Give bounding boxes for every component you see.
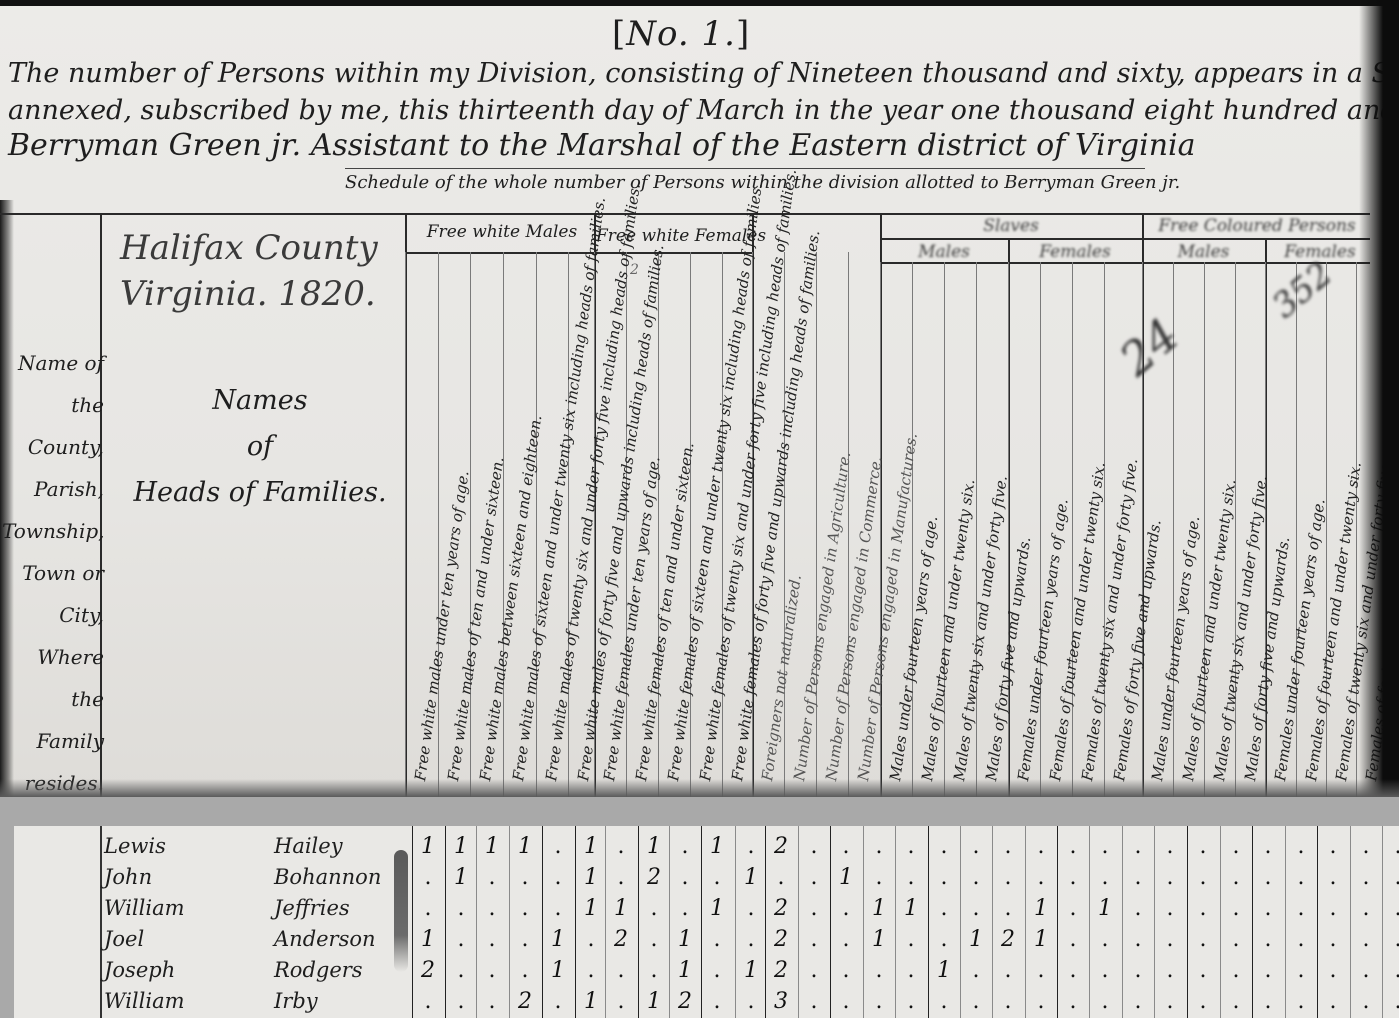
tally-cell: . [895,956,927,986]
given-name: William [104,989,185,1013]
tally-cell: 1 [701,832,733,862]
tally-cell: . [605,987,637,1017]
tally-cell: 1 [830,863,862,893]
tally-cell: . [798,987,830,1017]
tally-cell: . [638,956,670,986]
tally-cell: 1 [412,925,444,955]
tally-cell: . [412,987,444,1017]
tally-cell: . [605,956,637,986]
tally-cell: . [1252,832,1284,862]
scan-right-shadow [1359,0,1399,797]
tally-cell: . [830,832,862,862]
tally-cell: . [735,925,767,955]
tally-cell: . [542,987,574,1017]
tally-cell: . [895,925,927,955]
tally-cell: 1 [863,894,895,924]
tally-cell: . [1285,956,1317,986]
tally-cell: 1 [445,863,477,893]
tally-cell: 1 [895,894,927,924]
tally-cell: . [1252,863,1284,893]
tally-cell: . [1025,987,1057,1017]
tally-cell: 1 [863,925,895,955]
tally-cell: . [701,863,733,893]
tally-cell: . [412,863,444,893]
tally-cell: . [605,863,637,893]
tally-cell: . [830,987,862,1017]
tally-cell: 1 [542,925,574,955]
given-name: Joel [104,927,144,951]
tally-cell: 1 [928,956,960,986]
tally-cell: 2 [765,832,797,862]
tally-cell: . [1122,987,1154,1017]
tally-cell: . [1220,894,1252,924]
tally-cell: . [1317,894,1349,924]
tally-cell: . [1154,956,1186,986]
surname: Irby [274,989,318,1013]
tally-cell: . [1220,832,1252,862]
tally-cell: . [669,863,701,893]
tally-cell: . [1350,832,1382,862]
tally-cell: 1 [575,987,607,1017]
tally-cell: 1 [638,987,670,1017]
tally-cell: 1 [476,832,508,862]
tally-cell: . [928,925,960,955]
given-name: John [104,865,152,889]
tally-cell: 1 [735,956,767,986]
tally-cell: . [1285,832,1317,862]
tally-cell: 1 [701,894,733,924]
tally-cell: . [1025,832,1057,862]
tally-cell: . [1154,863,1186,893]
tally-cell: . [701,987,733,1017]
surname: Rodgers [274,958,363,982]
tally-cell: . [412,894,444,924]
tally-cell: . [798,925,830,955]
tally-cell: . [445,956,477,986]
tally-cell: . [992,956,1024,986]
tally-cell: . [735,894,767,924]
given-name: Lewis [104,834,166,858]
tally-cell: . [1187,832,1219,862]
tally-cell: 1 [412,832,444,862]
tally-cell: . [1317,832,1349,862]
tally-cell: 2 [605,925,637,955]
census-form-header-image: [No. 1.] The number of Persons within my… [0,0,1399,797]
tally-cell: . [669,832,701,862]
tally-cell: . [542,832,574,862]
tally-cell: 1 [1089,894,1121,924]
tally-cell: . [575,956,607,986]
tally-cell: . [1220,987,1252,1017]
tally-cell: 1 [575,894,607,924]
tally-cell: . [895,987,927,1017]
tally-cell: 2 [765,925,797,955]
tally-cell: . [1057,894,1089,924]
tally-cell: . [798,894,830,924]
tally-cell: . [863,987,895,1017]
tally-cell: . [669,894,701,924]
tally-cell: . [638,894,670,924]
tally-cell: . [1382,894,1399,924]
tally-cell: 1 [960,925,992,955]
census-entries-image: LewisHaileyJohnBohannonWilliamJeffriesJo… [14,826,1399,1018]
tally-cell: . [960,987,992,1017]
tally-cell: . [1025,863,1057,893]
tally-cell: . [638,925,670,955]
tally-cell: . [1122,925,1154,955]
tally-cell: . [1187,863,1219,893]
tally-cell: . [509,894,541,924]
tally-cell: . [605,832,637,862]
tally-cell: . [960,863,992,893]
tally-cell: . [928,894,960,924]
tally-cell: . [1382,987,1399,1017]
tally-cell: . [701,925,733,955]
surname: Anderson [274,927,376,951]
tally-cell: . [1220,925,1252,955]
tally-cell: . [476,863,508,893]
tally-cell: 1 [1025,894,1057,924]
tally-cell: . [1089,956,1121,986]
tally-cell: . [1122,956,1154,986]
tally-cell: 1 [605,894,637,924]
tally-cell: 1 [669,925,701,955]
tally-cell: . [476,894,508,924]
tally-cell: . [1057,832,1089,862]
tally-cell: . [1187,987,1219,1017]
tally-cell: 1 [1025,925,1057,955]
tally-cell: . [476,987,508,1017]
tally-cell: . [1382,925,1399,955]
tally-cell: . [1122,894,1154,924]
surname: Bohannon [274,865,381,889]
tally-cell: . [1382,863,1399,893]
margin-mark: 2 [630,262,639,278]
tally-cell: . [960,894,992,924]
tally-cell: . [1317,956,1349,986]
tally-cell: . [798,863,830,893]
tally-cell: . [445,894,477,924]
tally-cell: . [1285,987,1317,1017]
tally-cell: 3 [765,987,797,1017]
tally-cell: . [830,956,862,986]
tally-cell: . [1252,925,1284,955]
tally-cell: . [1154,925,1186,955]
tally-cell: . [1025,956,1057,986]
tally-cell: . [1187,894,1219,924]
tally-cell: . [1285,894,1317,924]
tally-cell: . [830,925,862,955]
tally-cell: . [1154,832,1186,862]
tally-cell: . [542,894,574,924]
tally-cell: . [960,956,992,986]
tally-cell: . [928,832,960,862]
tally-cell: 1 [638,832,670,862]
tally-cell: . [445,925,477,955]
tally-cell: . [992,987,1024,1017]
tally-cell: . [1089,925,1121,955]
tally-cell: 2 [765,894,797,924]
tally-cell: 2 [992,925,1024,955]
tally-cell: 1 [509,832,541,862]
tally-cell: 2 [765,956,797,986]
tally-cell: . [992,894,1024,924]
tally-cell: . [542,863,574,893]
given-name: William [104,896,185,920]
tally-cell: 1 [735,863,767,893]
surname: Hailey [274,834,343,858]
ink-smear [394,850,408,972]
tally-cell: 1 [575,832,607,862]
tally-cell: 1 [575,863,607,893]
tally-cell: . [1350,956,1382,986]
tally-cell: . [575,925,607,955]
tally-cell: . [1089,832,1121,862]
tally-cell: . [1252,987,1284,1017]
tally-cell: . [509,956,541,986]
tally-cell: . [895,832,927,862]
tally-cell: . [1382,956,1399,986]
tally-cell: . [509,863,541,893]
tally-cell: . [735,987,767,1017]
tally-cell: . [1220,863,1252,893]
tally-cell: . [1187,956,1219,986]
tally-cell: . [476,956,508,986]
tally-cell: . [1057,863,1089,893]
tally-cell: . [1350,894,1382,924]
tally-cell: . [701,956,733,986]
tally-cell: . [1057,925,1089,955]
tally-cell: . [1252,894,1284,924]
tally-cell: . [1057,987,1089,1017]
column-headers: Free white males under ten years of age.… [0,0,1399,790]
tally-cell: . [1089,987,1121,1017]
tally-cell: . [992,832,1024,862]
tally-cell: 1 [542,956,574,986]
tally-cell: 1 [669,956,701,986]
tally-cell: . [798,956,830,986]
tally-cell: . [1089,863,1121,893]
tally-cell: . [1317,925,1349,955]
tally-cell: . [1382,832,1399,862]
tally-cell: . [928,863,960,893]
tally-cell: . [863,863,895,893]
tally-cell: 2 [669,987,701,1017]
tally-cell: . [928,987,960,1017]
tally-cell: . [1317,987,1349,1017]
tally-cell: . [1154,894,1186,924]
tally-cell: . [509,925,541,955]
tally-cell: . [765,863,797,893]
tally-cell: . [445,987,477,1017]
tally-cell: . [1154,987,1186,1017]
tally-cell: . [1350,863,1382,893]
tally-cell: . [1350,925,1382,955]
tally-cell: . [1122,863,1154,893]
tally-cell: . [1252,956,1284,986]
tally-cell: . [863,832,895,862]
tally-cell: . [895,863,927,893]
tally-cell: . [992,863,1024,893]
given-name: Joseph [104,958,175,982]
tally-cell: . [1057,956,1089,986]
tally-cell: . [735,832,767,862]
tally-cell: 2 [638,863,670,893]
tally-cell: . [1187,925,1219,955]
tally-cell: . [1350,987,1382,1017]
tally-cell: . [830,894,862,924]
names-left-rule [100,826,102,1018]
tally-cell: . [1317,863,1349,893]
tally-cell: . [863,956,895,986]
tally-cell: 2 [412,956,444,986]
tally-cell: . [476,925,508,955]
tally-cell: . [1285,863,1317,893]
tally-cell: 2 [509,987,541,1017]
scan-torn-edge [0,779,1399,797]
tally-cell: . [960,832,992,862]
tally-cell: 1 [445,832,477,862]
tally-cell: . [1285,925,1317,955]
tally-cell: . [1220,956,1252,986]
tally-cell: . [1122,832,1154,862]
tally-cell: . [798,832,830,862]
surname: Jeffries [274,896,350,920]
